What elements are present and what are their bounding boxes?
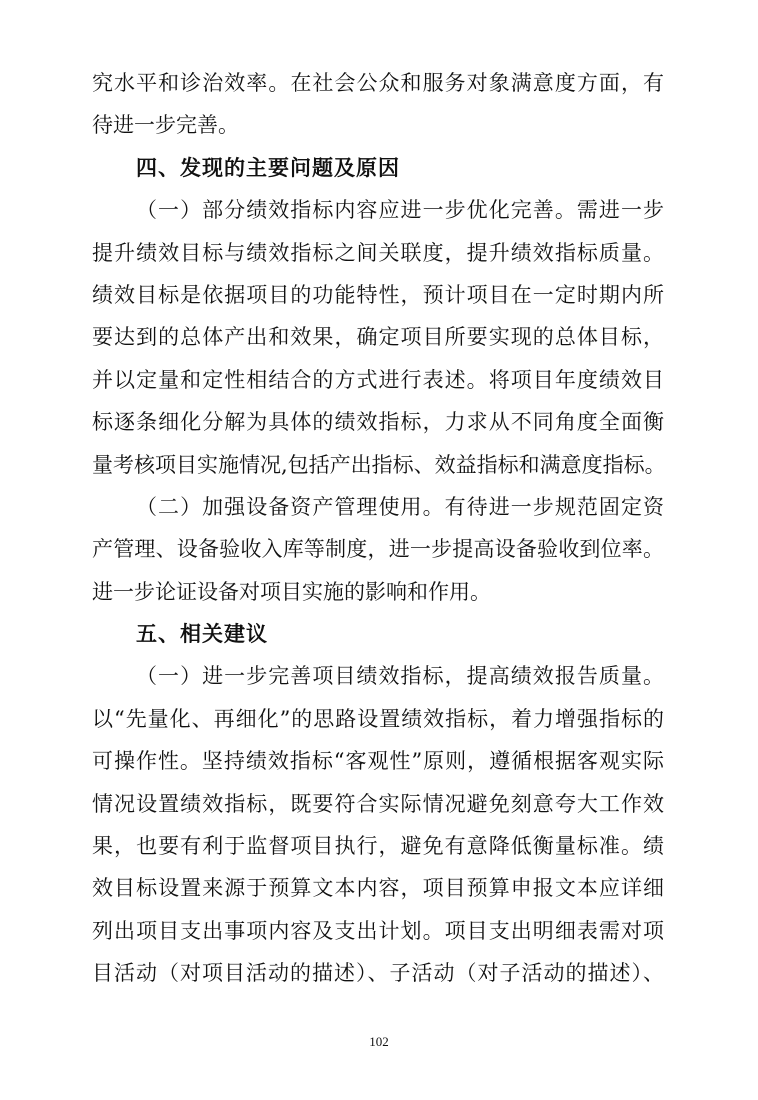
- document-page: 究水平和诊治效率。在社会公众和服务对象满意度方面，有 待进一步完善。 四、发现的…: [0, 0, 758, 1100]
- paragraph-line: 要达到的总体产出和效果，确定项目所要实现的总体目标，: [92, 316, 664, 358]
- paragraph-line: 标逐条细化分解为具体的绩效指标，力求从不同角度全面衡: [92, 401, 664, 443]
- paragraph-line: 目活动（对项目活动的描述）、子活动（对子活动的描述）、: [92, 952, 664, 994]
- paragraph-line: 究水平和诊治效率。在社会公众和服务对象满意度方面，有: [92, 62, 664, 104]
- subsection-heading-line: （二）加强设备资产管理使用。有待进一步规范固定资: [92, 486, 664, 528]
- paragraph-line: 果，也要有利于监督项目执行，避免有意降低衡量标准。绩: [92, 825, 664, 867]
- subsection-heading-line: （一）进一步完善项目绩效指标，提高绩效报告质量。: [92, 655, 664, 697]
- paragraph-line: 情况设置绩效指标，既要符合实际情况避免刻意夸大工作效: [92, 783, 664, 825]
- paragraph-line: 并以定量和定性相结合的方式进行表述。将项目年度绩效目: [92, 359, 664, 401]
- paragraph-line: 提升绩效目标与绩效指标之间关联度，提升绩效指标质量。: [92, 232, 664, 274]
- paragraph-line: 以“先量化、再细化”的思路设置绩效指标，着力增强指标的: [92, 698, 664, 740]
- paragraph-line: 量考核项目实施情况,包括产出指标、效益指标和满意度指标。: [92, 444, 664, 486]
- paragraph-line: 效目标设置来源于预算文本内容，项目预算申报文本应详细: [92, 867, 664, 909]
- subsection-heading-line: （一）部分绩效指标内容应进一步优化完善。需进一步: [92, 189, 664, 231]
- paragraph-line: 产管理、设备验收入库等制度，进一步提高设备验收到位率。: [92, 528, 664, 570]
- paragraph-line: 列出项目支出事项内容及支出计划。项目支出明细表需对项: [92, 910, 664, 952]
- section-heading-4: 四、发现的主要问题及原因: [92, 147, 664, 189]
- body-text: 究水平和诊治效率。在社会公众和服务对象满意度方面，有 待进一步完善。 四、发现的…: [92, 62, 664, 995]
- paragraph-line: 进一步论证设备对项目实施的影响和作用。: [92, 571, 664, 613]
- paragraph-line: 待进一步完善。: [92, 104, 664, 146]
- section-heading-5: 五、相关建议: [92, 613, 664, 655]
- paragraph-line: 可操作性。坚持绩效指标“客观性”原则，遵循根据客观实际: [92, 740, 664, 782]
- page-number: 102: [0, 1034, 758, 1050]
- paragraph-line: 绩效目标是依据项目的功能特性，预计项目在一定时期内所: [92, 274, 664, 316]
